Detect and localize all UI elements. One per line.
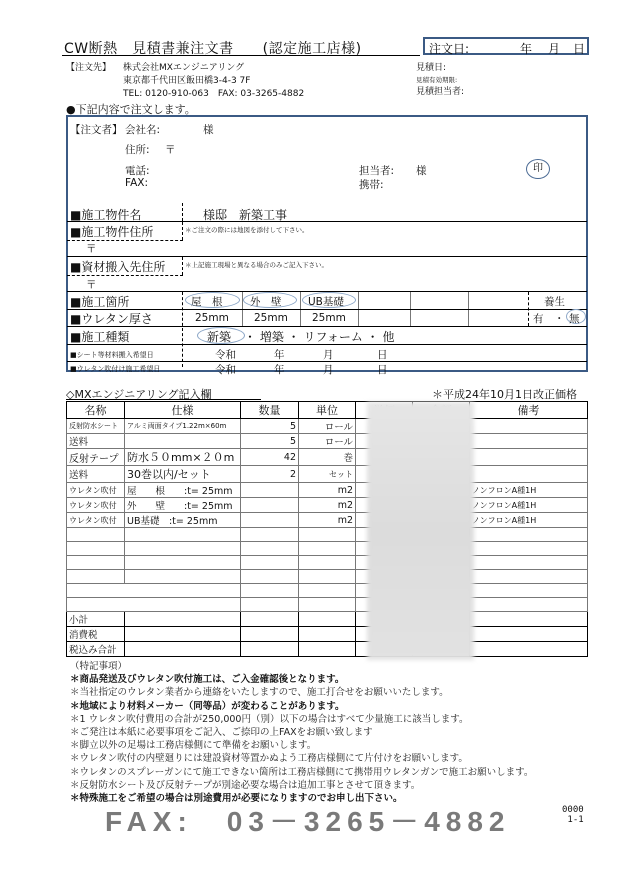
total-row: 税込み合計 [67, 642, 588, 657]
order-date-month: 月 [548, 40, 560, 57]
location-wall[interactable]: 外 壁 [250, 294, 282, 309]
sheet-date-day[interactable]: 日 [377, 347, 388, 362]
curing-options[interactable]: 有 ・ [533, 311, 565, 326]
estimate-validity-label: 見積有効期限: [416, 74, 464, 86]
note-line: ＊ウレタン吹付の内壁廻りには建設資材等置かぬよう工務店様側にて片付けをお願いしま… [70, 752, 533, 765]
table-row: 反射防水シート アルミ両面タイプ1.22m×60m 5 ロール [67, 419, 588, 434]
note-line: ＊1 ウレタン吹付費用の合計が250,000円（別）以下の場合はすべて少量施工に… [70, 713, 533, 726]
estimate-person-label: 見積担当者: [416, 86, 464, 98]
note-line: ＊当社指定のウレタン業者から連絡をいたしますので、施工打合せをお願いいたします。 [70, 686, 533, 699]
table-row-empty [67, 542, 588, 556]
col-spec: 仕様 [125, 402, 241, 419]
supplier-contact: TEL: 0120-910-063 FAX: 03-3265-4882 [123, 88, 304, 101]
estimate-date-label: 見積日: [416, 62, 464, 74]
sheet-delivery-date-label: ■シート等材料搬入希望日 [70, 350, 154, 360]
title-underline [62, 55, 420, 56]
contact-person-label: 担当者: [359, 163, 394, 178]
company-name-field[interactable]: 様 [203, 122, 214, 137]
thickness-wall[interactable]: 25mm [254, 312, 288, 324]
price-revision-note: ＊平成24年10月1日改正価格 [432, 386, 577, 402]
sheet-date-era[interactable]: 令和 [215, 347, 236, 362]
fax-label: FAX: [125, 177, 148, 189]
table-row: 送料 30巻以内/セット 2 セット [67, 466, 588, 483]
special-notes: （特記事項） ＊商品発送及びウレタン吹付施工は、ご入金確認後となります。＊当社指… [70, 660, 533, 805]
table-header-row: 名称 仕様 数量 単位 単価 金額 備考 [67, 402, 588, 419]
address-label: 住所: [125, 142, 150, 157]
sheet-date-month[interactable]: 月 [323, 347, 334, 362]
note-line: ＊ご発注は本紙に必要事項をご記入、ご捺印の上FAXをお願い致します [70, 726, 533, 739]
project-address-note: ＊ご注文の際には地図を添付して下さい。 [185, 225, 309, 234]
thickness-label: ■ウレタン厚さ [70, 310, 153, 327]
supplier-company: 株式会社MXエンジニアリング [123, 62, 304, 75]
project-address-field[interactable]: 〒 [86, 241, 97, 256]
contact-person-field[interactable]: 様 [416, 163, 427, 178]
construction-type-label: ■施工種類 [70, 328, 129, 345]
mobile-label: 携帯: [359, 177, 384, 192]
urethane-date-month[interactable]: 月 [323, 362, 334, 377]
notes-heading: （特記事項） [70, 660, 533, 673]
orderer-label: 【注文者】 [70, 122, 123, 137]
company-name-label: 会社名: [125, 122, 160, 137]
table-row: ウレタン吹付 屋 根 :t= 25mm m2 ノンフロンA種1H [67, 483, 588, 498]
thickness-roof[interactable]: 25mm [195, 312, 229, 324]
thickness-ub[interactable]: 25mm [312, 312, 346, 324]
redacted-prices [367, 402, 474, 660]
note-line: ＊脚立以外の足場は工務店様側にて準備をお願いします。 [70, 739, 533, 752]
delivery-address-note: ＊上記施工現場と異なる場合のみご記入下さい。 [185, 260, 328, 269]
supplier-label: 【注文先】 [66, 62, 111, 75]
note-line: ＊ウレタンのスプレーガンにて施工できない箇所は工務店様側にて携帯用ウレタンガンで… [70, 766, 533, 779]
order-date-day: 日 [573, 40, 585, 57]
table-row: ウレタン吹付 UB基礎 :t= 25mm m2 ノンフロンA種1H [67, 513, 588, 528]
seal-stamp-icon: 印 [526, 159, 550, 179]
note-line: ＊反射防水シート及び反射テープが別途必要な場合は追加工事とさせて頂きます。 [70, 779, 533, 792]
estimate-info: 見積日: 見積有効期限: 見積担当者: [416, 62, 464, 98]
table-row-empty [67, 584, 588, 598]
col-unit: 単位 [299, 402, 356, 419]
note-line: ＊商品発送及びウレタン吹付施工は、ご入金確認後となります。 [70, 673, 533, 686]
col-remarks: 備考 [470, 402, 588, 419]
curing-label: 養生 [544, 294, 565, 309]
urethane-date-day[interactable]: 日 [377, 362, 388, 377]
construction-type-options[interactable]: ・ 増築 ・ リフォーム ・ 他 [244, 328, 394, 345]
phone-label: 電話: [125, 163, 150, 178]
sheet-date-year[interactable]: 年 [274, 347, 285, 362]
table-row-empty [67, 598, 588, 612]
supplier-address: 東京都千代田区飯田橋3-4-3 7F [123, 75, 304, 88]
table-row: 反射テープ 防水５０mm×２０m 42 巻 [67, 449, 588, 466]
estimate-table: 名称 仕様 数量 単位 単価 金額 備考 反射防水シート アルミ両面タイプ1.2… [66, 401, 588, 657]
curing-selected[interactable]: 無 [569, 311, 580, 326]
delivery-address-label: ■資材搬入先住所 [70, 258, 165, 275]
table-row-empty [67, 556, 588, 570]
order-date-label: 注文日: [429, 40, 469, 57]
project-address-label: ■施工物件住所 [70, 223, 153, 240]
table-row: ウレタン吹付 外 壁 :t= 25mm m2 ノンフロンA種1H [67, 498, 588, 513]
table-row-empty [67, 570, 588, 584]
order-date-box[interactable]: 注文日: 年 月 日 [423, 37, 589, 55]
col-name: 名称 [67, 402, 125, 419]
location-ub-foundation[interactable]: UB基礎 [308, 294, 344, 309]
urethane-date-year[interactable]: 年 [274, 362, 285, 377]
address-field[interactable]: 〒 [165, 142, 176, 157]
note-line: ＊地域により材料メーカー（同等品）が変わることがあります。 [70, 700, 533, 713]
table-row-empty [67, 528, 588, 542]
fax-number-footer: FAX: 03－3265－4882 [105, 800, 511, 840]
tax-row: 消費税 [67, 627, 588, 642]
order-date-year: 年 [520, 40, 532, 57]
col-qty: 数量 [241, 402, 299, 419]
delivery-address-field[interactable]: 〒 [86, 277, 97, 292]
location-roof[interactable]: 屋 根 [191, 294, 223, 309]
document-code: 0000 1-1 [562, 805, 584, 825]
table-row: 送料 5 ロール [67, 434, 588, 449]
subtotal-row: 小計 [67, 612, 588, 627]
urethane-date-label: ■ウレタン吹付け施工希望日 [70, 364, 160, 374]
urethane-date-era[interactable]: 令和 [215, 362, 236, 377]
construction-type-selected[interactable]: 新築 [207, 328, 231, 345]
location-label: ■施工箇所 [70, 293, 129, 310]
